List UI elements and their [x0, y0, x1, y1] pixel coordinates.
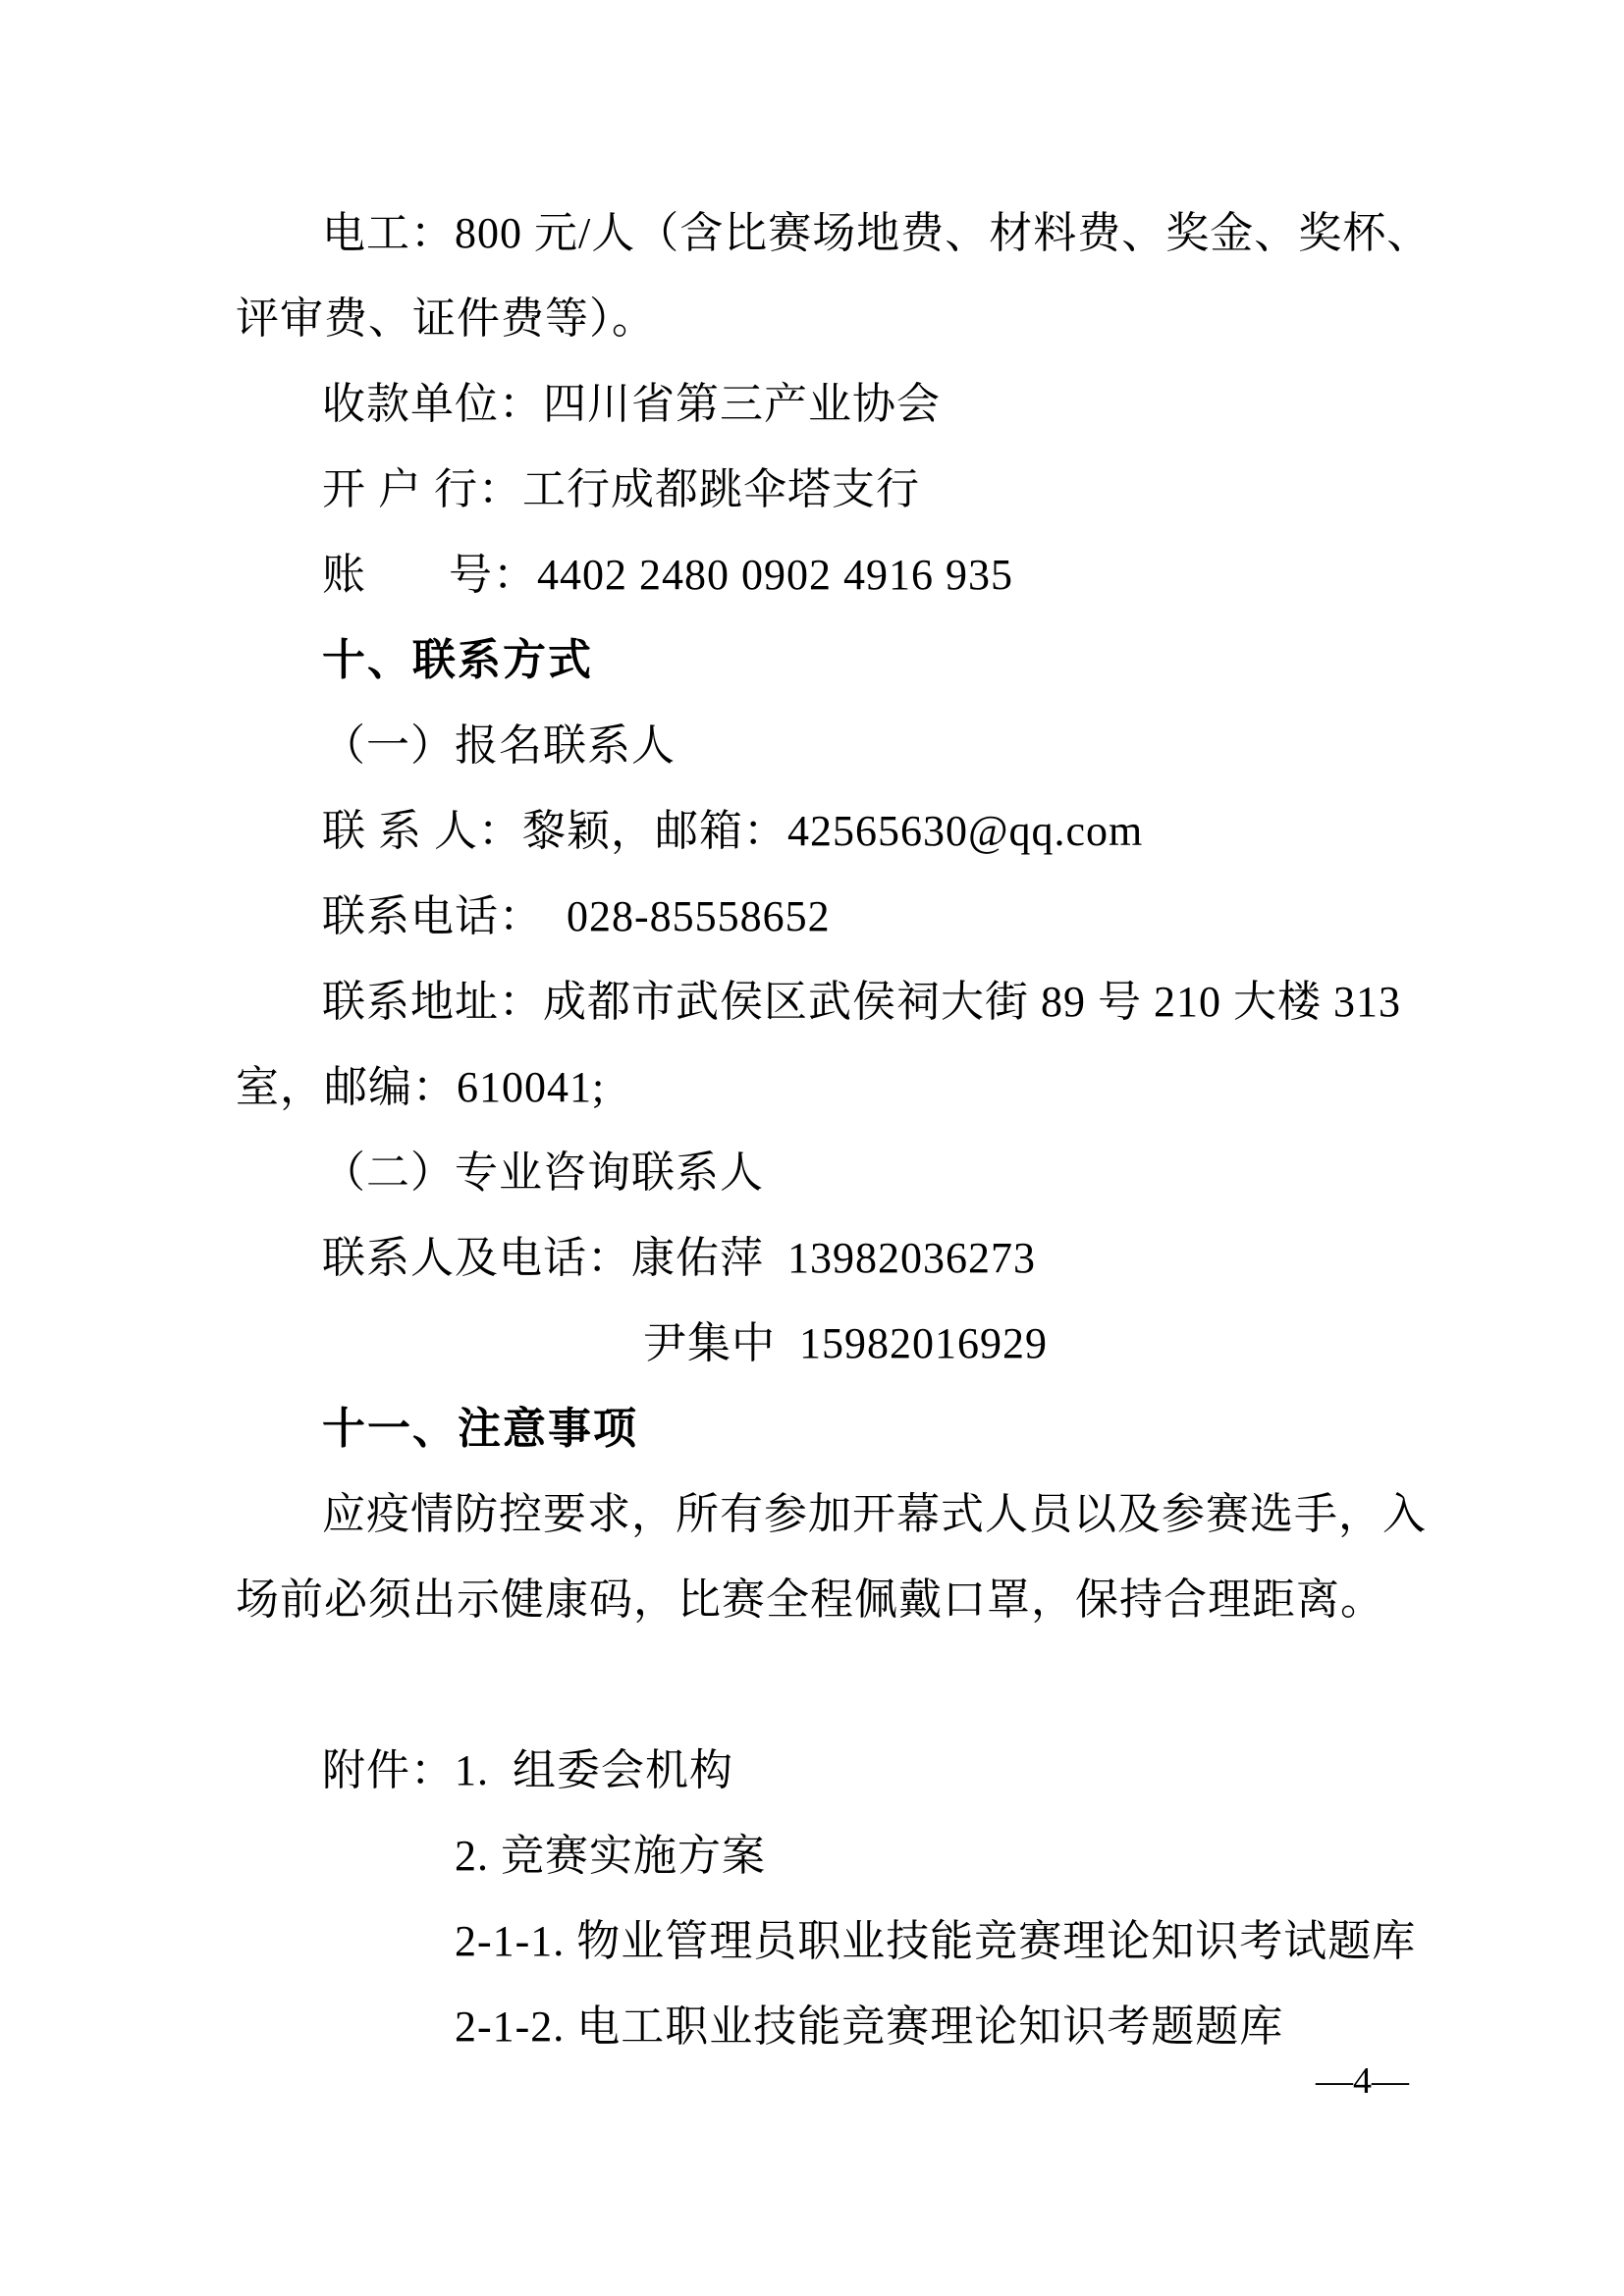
- line-attachment-item-2: 2. 竞赛实施方案: [236, 1813, 1422, 1898]
- line-bank-branch: 开 户 行：工行成都跳伞塔支行: [236, 447, 1422, 532]
- line-electrician-fee: 电工：800 元/人（含比赛场地费、材料费、奖金、奖杯、: [236, 190, 1422, 276]
- line-contact-phone: 联系电话： 028-85558652: [236, 874, 1422, 959]
- heading-notes: 十一、注意事项: [236, 1386, 1422, 1471]
- line-contact-address: 联系地址：成都市武侯区武侯祠大街 89 号 210 大楼 313: [236, 959, 1422, 1044]
- line-registration-contact-label: （一）报名联系人: [236, 703, 1422, 788]
- line-payee-unit: 收款单位：四川省第三产业协会: [236, 361, 1422, 447]
- line-attachment-item-2-1-1: 2-1-1. 物业管理员职业技能竞赛理论知识考试题库: [236, 1898, 1422, 1984]
- line-consult-contact-2: 尹集中 15982016929: [236, 1301, 1422, 1386]
- blank-line: [236, 1642, 1422, 1728]
- document-body: 电工：800 元/人（含比赛场地费、材料费、奖金、奖杯、 评审费、证件费等）。 …: [236, 190, 1422, 2069]
- line-attachment-item-2-1-2: 2-1-2. 电工职业技能竞赛理论知识考题题库: [236, 1984, 1422, 2069]
- page-number: —4—: [1316, 2056, 1409, 2107]
- line-fee-continued: 评审费、证件费等）。: [236, 276, 1422, 361]
- document-page: 电工：800 元/人（含比赛场地费、材料费、奖金、奖杯、 评审费、证件费等）。 …: [0, 0, 1624, 2296]
- line-consult-contact-label: （二）专业咨询联系人: [236, 1130, 1422, 1215]
- line-attachments-item-1: 附件：1. 组委会机构: [236, 1728, 1422, 1813]
- line-consult-contact-1: 联系人及电话：康佑萍 13982036273: [236, 1215, 1422, 1301]
- line-address-postcode: 室，邮编：610041;: [236, 1044, 1422, 1130]
- line-covid-note-2: 场前必须出示健康码，比赛全程佩戴口罩，保持合理距离。: [236, 1557, 1422, 1642]
- line-contact-person-email: 联 系 人：黎颖，邮箱：42565630@qq.com: [236, 788, 1422, 874]
- line-account-number: 账 号：4402 2480 0902 4916 935: [236, 532, 1422, 617]
- heading-contact-info: 十、联系方式: [236, 617, 1422, 703]
- line-covid-note-1: 应疫情防控要求，所有参加开幕式人员以及参赛选手，入: [236, 1471, 1422, 1557]
